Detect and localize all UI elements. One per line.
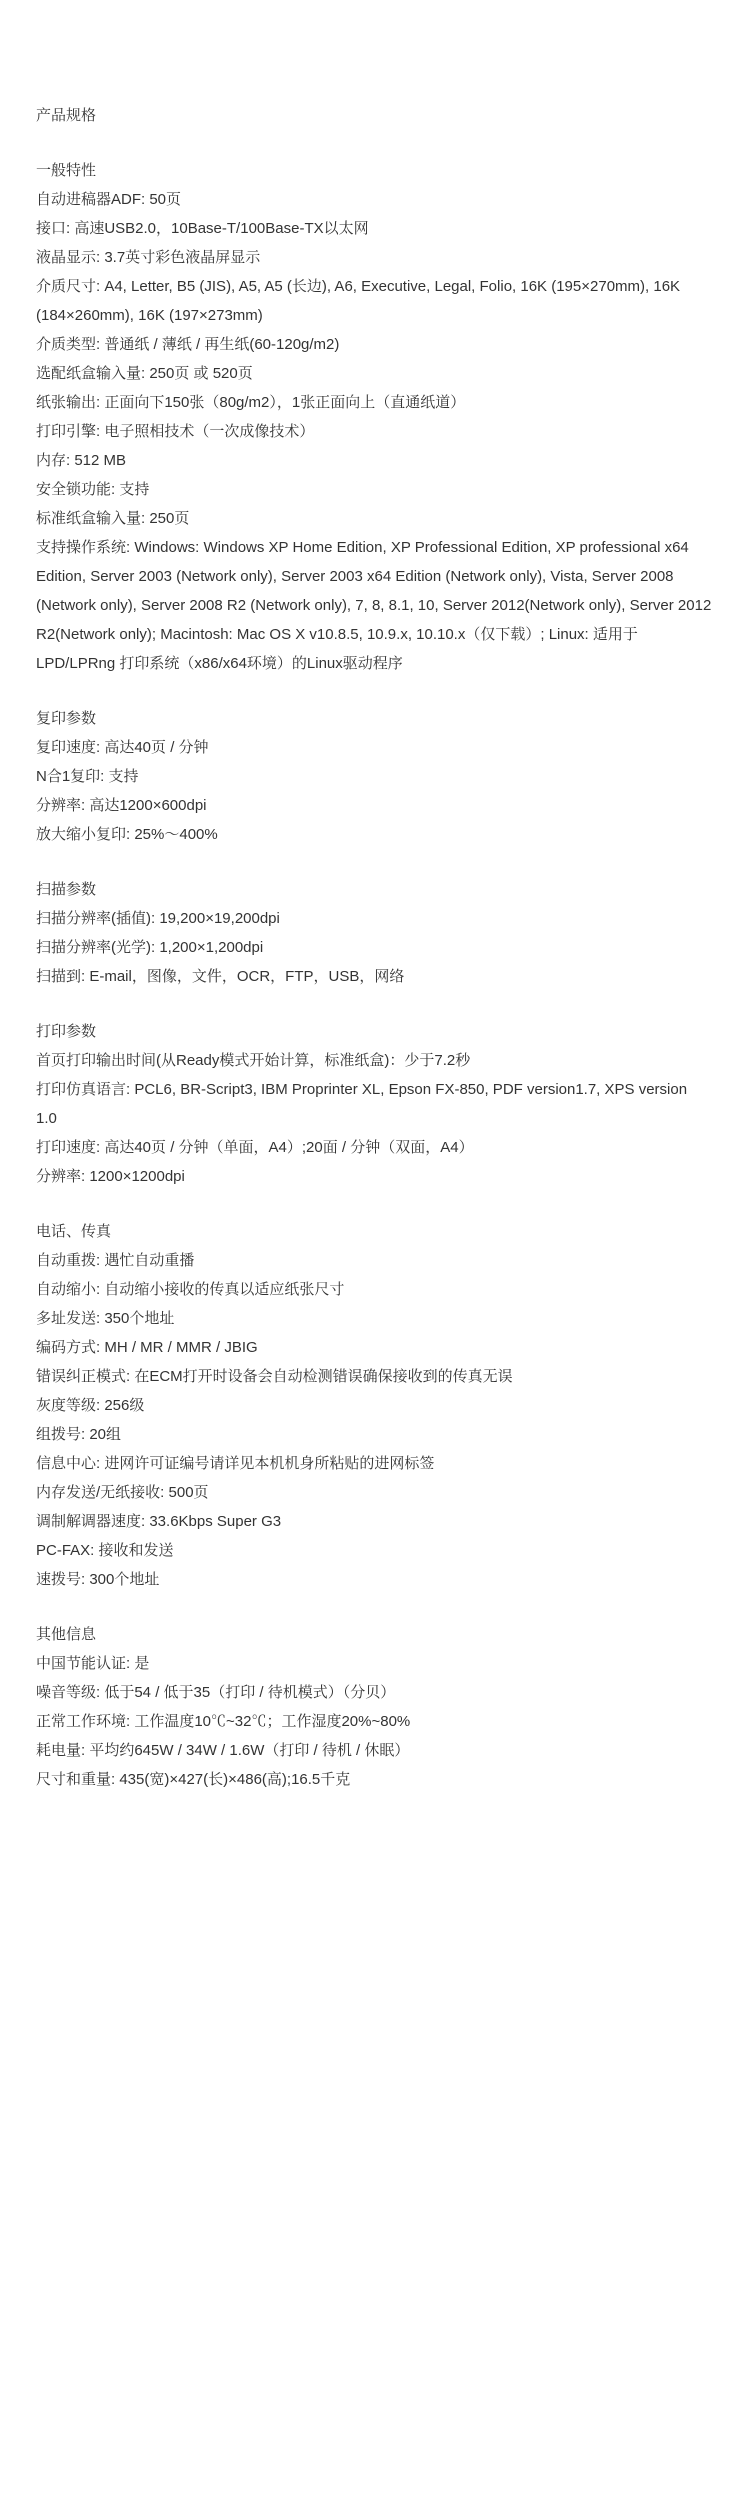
spec-line: 液晶显示: 3.7英寸彩色液晶屏显示 <box>36 243 712 272</box>
page-title: 产品规格 <box>36 101 712 130</box>
spec-line: 自动重拨: 遇忙自动重播 <box>36 1246 712 1275</box>
spec-line: 尺寸和重量: 435(宽)×427(长)×486(高);16.5千克 <box>36 1765 712 1794</box>
spec-section: 复印参数复印速度: 高达40页 / 分钟N合1复印: 支持分辨率: 高达1200… <box>36 704 712 849</box>
spec-line: 内存发送/无纸接收: 500页 <box>36 1478 712 1507</box>
spec-line: 介质类型: 普通纸 / 薄纸 / 再生纸(60-120g/m2) <box>36 330 712 359</box>
spec-line: 组拨号: 20组 <box>36 1420 712 1449</box>
spec-line: 耗电量: 平均约645W / 34W / 1.6W（打印 / 待机 / 休眠） <box>36 1736 712 1765</box>
spec-line: 复印速度: 高达40页 / 分钟 <box>36 733 712 762</box>
spec-line: 打印引擎: 电子照相技术（一次成像技术） <box>36 417 712 446</box>
spec-line: 标准纸盒输入量: 250页 <box>36 504 712 533</box>
spec-line: 内存: 512 MB <box>36 446 712 475</box>
spec-line: 扫描分辨率(光学): 1,200×1,200dpi <box>36 933 712 962</box>
spec-line: 正常工作环境: 工作温度10℃~32℃；工作湿度20%~80% <box>36 1707 712 1736</box>
spec-line: 纸张输出: 正面向下150张（80g/m2），1张正面向上（直通纸道） <box>36 388 712 417</box>
spec-line: 灰度等级: 256级 <box>36 1391 712 1420</box>
section-heading: 电话、传真 <box>36 1217 712 1246</box>
section-heading: 其他信息 <box>36 1620 712 1649</box>
spec-line: 介质尺寸: A4, Letter, B5 (JIS), A5, A5 (长边),… <box>36 272 712 330</box>
spec-line: 自动缩小: 自动缩小接收的传真以适应纸张尺寸 <box>36 1275 712 1304</box>
spec-line: 调制解调器速度: 33.6Kbps Super G3 <box>36 1507 712 1536</box>
spec-line: 中国节能认证: 是 <box>36 1649 712 1678</box>
spec-line: 放大缩小复印: 25%～400% <box>36 820 712 849</box>
spec-line: 分辨率: 1200×1200dpi <box>36 1162 712 1191</box>
spec-line: 多址发送: 350个地址 <box>36 1304 712 1333</box>
spec-line: 安全锁功能: 支持 <box>36 475 712 504</box>
spec-document: 产品规格 一般特性自动进稿器ADF: 50页接口: 高速USB2.0，10Bas… <box>36 101 712 1794</box>
spec-section: 其他信息中国节能认证: 是噪音等级: 低于54 / 低于35（打印 / 待机模式… <box>36 1620 712 1794</box>
spec-line: 首页打印输出时间(从Ready模式开始计算，标准纸盒)：少于7.2秒 <box>36 1046 712 1075</box>
spec-line: 速拨号: 300个地址 <box>36 1565 712 1594</box>
section-heading: 扫描参数 <box>36 875 712 904</box>
section-heading: 一般特性 <box>36 156 712 185</box>
spec-page: { "page": { "title": "产品规格", "text_color… <box>0 0 750 2500</box>
spec-line: PC-FAX: 接收和发送 <box>36 1536 712 1565</box>
spec-line: 噪音等级: 低于54 / 低于35（打印 / 待机模式）（分贝） <box>36 1678 712 1707</box>
spec-line: 信息中心: 进网许可证编号请详见本机机身所粘贴的进网标签 <box>36 1449 712 1478</box>
spec-line: N合1复印: 支持 <box>36 762 712 791</box>
spec-line: 打印速度: 高达40页 / 分钟（单面，A4）;20面 / 分钟（双面，A4） <box>36 1133 712 1162</box>
spec-line: 错误纠正模式: 在ECM打开时设备会自动检测错误确保接收到的传真无误 <box>36 1362 712 1391</box>
spec-sections: 一般特性自动进稿器ADF: 50页接口: 高速USB2.0，10Base-T/1… <box>36 156 712 1794</box>
spec-section: 一般特性自动进稿器ADF: 50页接口: 高速USB2.0，10Base-T/1… <box>36 156 712 678</box>
spec-section: 打印参数首页打印输出时间(从Ready模式开始计算，标准纸盒)：少于7.2秒打印… <box>36 1017 712 1191</box>
spec-line: 接口: 高速USB2.0，10Base-T/100Base-TX以太网 <box>36 214 712 243</box>
spec-line: 扫描到: E-mail，图像，文件，OCR，FTP，USB，网络 <box>36 962 712 991</box>
section-heading: 复印参数 <box>36 704 712 733</box>
spec-line: 选配纸盒输入量: 250页 或 520页 <box>36 359 712 388</box>
spec-line: 编码方式: MH / MR / MMR / JBIG <box>36 1333 712 1362</box>
spec-section: 电话、传真自动重拨: 遇忙自动重播自动缩小: 自动缩小接收的传真以适应纸张尺寸多… <box>36 1217 712 1594</box>
spec-line: 打印仿真语言: PCL6, BR-Script3, IBM Proprinter… <box>36 1075 712 1133</box>
spec-line: 支持操作系统: Windows: Windows XP Home Edition… <box>36 533 712 678</box>
spec-section: 扫描参数扫描分辨率(插值): 19,200×19,200dpi扫描分辨率(光学)… <box>36 875 712 991</box>
spec-line: 扫描分辨率(插值): 19,200×19,200dpi <box>36 904 712 933</box>
spec-line: 分辨率: 高达1200×600dpi <box>36 791 712 820</box>
section-heading: 打印参数 <box>36 1017 712 1046</box>
spec-line: 自动进稿器ADF: 50页 <box>36 185 712 214</box>
